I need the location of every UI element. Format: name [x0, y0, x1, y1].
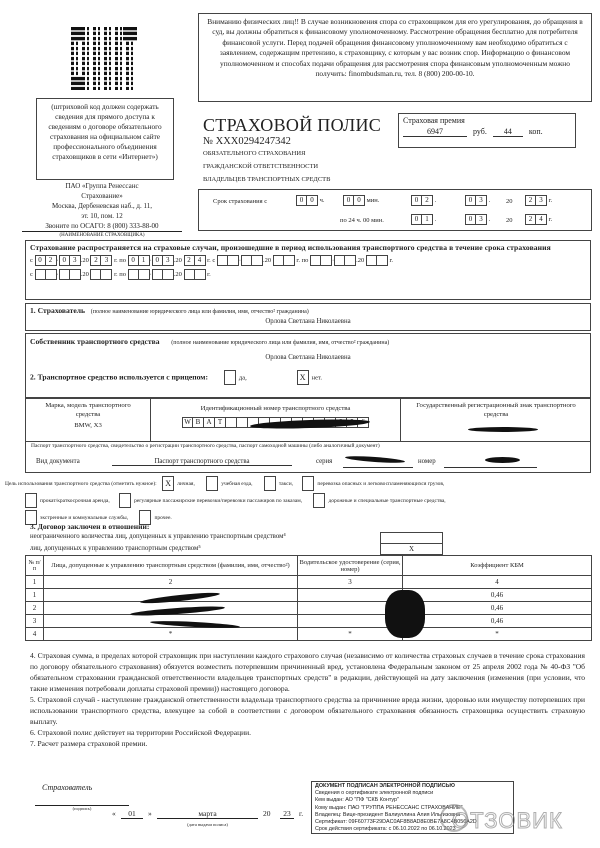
table-row: 4***: [26, 628, 592, 641]
table-row: 10,46: [26, 589, 592, 602]
trailer-no-checkbox[interactable]: X: [297, 370, 309, 385]
clause-5: 5. Страховой случай - наступление гражда…: [30, 694, 585, 727]
vin-cell: A: [204, 417, 215, 428]
purpose-dangerous-label: перевозка опасных и легковоспламеняющихс…: [317, 481, 444, 487]
contract-limited-label: лиц, допущенных к управлению транспортны…: [30, 545, 201, 552]
th-kbm: Коэффициент КБМ: [403, 556, 592, 576]
usage-period-row-1: с 02·03.20 23 г. по 01·03.20 24 г. с ·.2…: [30, 255, 586, 266]
policy-title: СТРАХОВОЙ ПОЛИС: [203, 115, 381, 136]
doc-type-label: Вид документа: [36, 458, 80, 465]
to-month-2: 3: [476, 214, 487, 225]
insurer-address-2: эт. 10, пом. 12: [22, 211, 182, 221]
from-day-2: 2: [422, 195, 433, 206]
usage-period-row-2: с ·.20 г. по ·.20 г.: [30, 269, 586, 280]
issue-date-caption: (дата выдачи полиса): [157, 822, 258, 827]
to-year-1: 2: [525, 214, 536, 225]
financial-ombudsman-notice: Вниманию физических лиц!! В случае возни…: [198, 13, 592, 102]
vin-label: Идентификационный номер транспортного ср…: [151, 405, 400, 412]
vin-cell: W: [182, 417, 193, 428]
purpose-special-label: дорожные и специальные транспортные сред…: [328, 498, 445, 504]
min-label: мин.: [367, 197, 380, 204]
trailer-yes-label: да,: [239, 374, 247, 381]
doc-caption: Паспорт транспортного средства, свидетел…: [31, 443, 380, 449]
table-row: 20,46: [26, 602, 592, 615]
purpose-passenger-label: регулярные пассажирские перевозки/перево…: [134, 498, 302, 504]
insured-name: Орлова Светлана Николаевна: [30, 318, 586, 325]
quote-close: »: [148, 809, 152, 818]
premium-box: Страховая премия 6947 руб. 44 коп.: [398, 113, 576, 148]
purpose-other-label: прочее.: [154, 515, 171, 521]
clause-6: 6. Страховой полис действует на территор…: [30, 727, 585, 738]
redaction-number: [485, 457, 520, 463]
to-year-2: 4: [536, 214, 547, 225]
insurer-block: ПАО «Группа Ренессанс Страхование» Москв…: [22, 181, 182, 239]
h-label: ч.: [320, 197, 325, 204]
doc-series-label: серия: [316, 458, 332, 465]
insurer-name: ПАО «Группа Ренессанс Страхование»: [22, 181, 182, 201]
make-value: BMW, X3: [36, 421, 140, 430]
table-col-number-row: 1234: [26, 576, 592, 589]
purpose-rental-checkbox[interactable]: [25, 493, 37, 508]
premium-kop: 44: [493, 127, 523, 137]
owner-section: Собственник транспортного средства (полн…: [25, 333, 591, 398]
from-month-1: 0: [465, 195, 476, 206]
clauses: 4. Страховая сумма, в пределах которой с…: [30, 650, 585, 749]
drivers-table: № п/п Лица, допущенные к управлению тран…: [25, 555, 592, 641]
table-row: 30,46: [26, 615, 592, 628]
purpose-taxi-checkbox[interactable]: [264, 476, 276, 491]
clause-7: 7. Расчет размера страховой премии.: [30, 738, 585, 749]
policy-number: № XXX0294247342: [203, 136, 291, 147]
issue-year-prefix: 20: [263, 809, 271, 818]
issue-year: 23: [280, 809, 294, 819]
insurance-term: Срок страхования с 00 ч. 00 мин. 02 . 03…: [198, 189, 592, 231]
watermark-circle-icon: [440, 804, 468, 832]
insured-hint: (полное наименование юридического лица и…: [91, 309, 309, 315]
clause-4: 4. Страховая сумма, в пределах которой с…: [30, 650, 585, 694]
make-label: Марка, модель транспортного средства: [36, 401, 140, 419]
contract-unlimited-label: неограниченного количества лиц, допущенн…: [30, 533, 286, 540]
premium-kop-label: коп.: [529, 127, 543, 136]
e-signature-line-2: Кем выдан: АО "ПФ "СКБ Контур": [315, 797, 510, 804]
contract-heading: 3. Договор заключен в отношении:: [30, 522, 149, 531]
doc-series-field: [343, 467, 413, 468]
plate-label: Государственный регистрационный знак тра…: [409, 401, 583, 419]
purpose-personal-label: личная,: [177, 481, 195, 487]
th-driver: Лица, допущенные к управлению транспортн…: [44, 556, 298, 576]
th-license: Водительское удостоверение (серия, номер…: [298, 556, 403, 576]
purpose-training-label: учебная езда,: [221, 481, 252, 487]
from-day-1: 0: [411, 195, 422, 206]
to-month-1: 0: [465, 214, 476, 225]
purpose-personal-checkbox[interactable]: X: [162, 476, 174, 491]
e-signature-line-1: Сведения о сертификате электронной подпи…: [315, 790, 510, 797]
redaction-plate: [468, 427, 538, 432]
usage-period: Страхование распространяется на страховы…: [25, 240, 591, 300]
vin-cell: [226, 417, 237, 428]
year-prefix-2: 20: [506, 217, 513, 224]
purpose-dangerous-checkbox[interactable]: [302, 476, 314, 491]
contract-limited-checkbox[interactable]: X: [380, 543, 443, 555]
quote-open: «: [112, 809, 116, 818]
term-to-label: по 24 ч. 00 мин.: [340, 217, 384, 224]
doc-number-field: [444, 467, 537, 468]
purpose-passenger-checkbox[interactable]: [119, 493, 131, 508]
purpose-training-checkbox[interactable]: [206, 476, 218, 491]
watermark: ОТЗОВИК: [452, 808, 563, 834]
usage-period-heading: Страхование распространяется на страховы…: [30, 243, 586, 252]
term-min-2: 0: [354, 195, 365, 206]
redaction-licenses: [385, 590, 425, 638]
doc-number-label: номер: [418, 458, 436, 465]
purpose-label: Цель использования транспортного средств…: [5, 481, 157, 487]
vin-cell: [237, 417, 248, 428]
premium-label: Страховая премия: [403, 116, 571, 125]
term-hour-2: 0: [307, 195, 318, 206]
year-prefix: 20: [506, 198, 513, 205]
purpose-rental-label: прокат/краткосрочная аренда,: [40, 498, 110, 504]
issue-year-label: г.: [299, 809, 303, 818]
to-day-1: 0: [411, 214, 422, 225]
owner-name: Орлова Светлана Николаевна: [30, 354, 586, 361]
term-min-1: 0: [343, 195, 354, 206]
insurer-address-1: Москва, Дербеневская наб., д. 11,: [22, 201, 182, 211]
term-from-label: Срок страхования с: [213, 198, 267, 205]
trailer-label: 2. Транспортное средство используется с …: [30, 372, 208, 381]
vin-cell: T: [215, 417, 226, 428]
qr-code: [71, 27, 137, 90]
policy-subtitle-3: ВЛАДЕЛЬЦЕВ ТРАНСПОРТНЫХ СРЕДСТВ: [203, 176, 330, 183]
year-label-2: г.: [549, 216, 553, 223]
issue-month: марта: [157, 809, 258, 819]
purpose-special-checkbox[interactable]: [313, 493, 325, 508]
purpose-section: Цель использования транспортного средств…: [5, 476, 595, 527]
from-month-2: 3: [476, 195, 487, 206]
to-day-2: 1: [422, 214, 433, 225]
term-hour-1: 0: [296, 195, 307, 206]
insurer-phone: Звоните по ОСАГО: 8 (800) 333-88-00: [22, 221, 182, 232]
qr-note: (штриховой код должен содержать сведения…: [36, 98, 174, 180]
year-label: г.: [549, 197, 553, 204]
trailer-no-label: нет.: [312, 374, 322, 381]
trailer-yes-checkbox[interactable]: [224, 370, 236, 385]
policy-subtitle-1: ОБЯЗАТЕЛЬНОГО СТРАХОВАНИЯ: [203, 150, 305, 157]
vin-cell: B: [193, 417, 204, 428]
policy-subtitle-2: ГРАЖДАНСКОЙ ОТВЕТСТВЕННОСТИ: [203, 163, 318, 170]
signature-role: Страхователь: [42, 783, 92, 792]
insured-heading: 1. Страхователь: [30, 306, 85, 315]
insurer-caption: (НАИМЕНОВАНИЕ СТРАХОВЩИКА): [22, 232, 182, 239]
premium-rub-label: руб.: [473, 127, 487, 136]
th-number: № п/п: [26, 556, 44, 576]
insured-section: 1. Страхователь (полное наименование юри…: [25, 303, 591, 331]
owner-hint: (полное наименование юридического лица и…: [171, 340, 389, 346]
issue-day: 01: [121, 809, 143, 819]
purpose-taxi-label: такси,: [279, 481, 293, 487]
from-year-1: 2: [525, 195, 536, 206]
premium-rub: 6947: [403, 127, 467, 137]
from-year-2: 3: [536, 195, 547, 206]
owner-heading: Собственник транспортного средства: [30, 337, 160, 346]
doc-type-value: Паспорт транспортного средства: [112, 458, 292, 466]
purpose-emergency-label: экстренные и коммунальные службы,: [40, 515, 128, 521]
